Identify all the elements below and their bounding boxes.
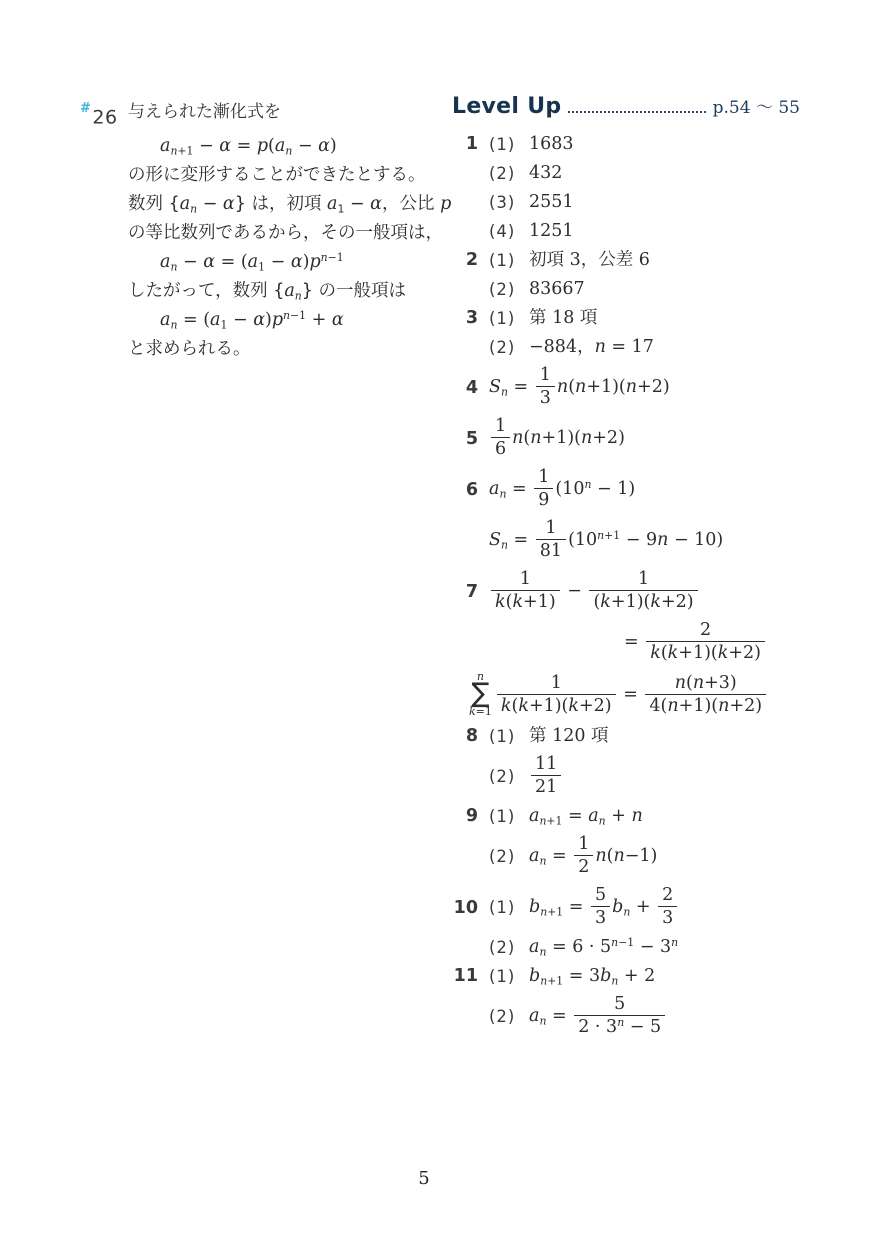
part-label: (1) [489, 893, 529, 922]
equation-line: an+1 − α = p(an − α) [128, 132, 452, 161]
answer-row: (1)第 120 項 [489, 722, 800, 751]
answer-row: (1)初項 3，公差 6 [489, 246, 800, 275]
math-expression: an = 52 · 3n − 5 [529, 995, 667, 1038]
math-expression: 1251 [529, 217, 574, 246]
problem-text-line: の等比数列であるから，その一般項は， [128, 219, 452, 248]
answer-number: 1 [452, 130, 478, 159]
page-number: 5 [0, 1168, 848, 1189]
dotted-leader [568, 111, 705, 113]
answer-number: 11 [452, 962, 478, 991]
part-label: (1) [489, 304, 529, 333]
math-expression: Sn = 181(10n+1 − 9n − 10) [489, 519, 723, 562]
answer-row: (2)83667 [489, 275, 800, 304]
problem-text-line: と求められる。 [128, 335, 452, 364]
part-label: (1) [489, 130, 529, 159]
answer-row: (2)an = 12n(n−1) [489, 831, 800, 882]
answer-item: 8(1)第 120 項(2)1121 [452, 722, 800, 802]
answer-body: (1)bn+1 = 3bn + 2(2)an = 52 · 3n − 5 [489, 962, 800, 1042]
math-expression: 第 120 項 [529, 722, 609, 751]
answer-number: 10 [452, 882, 478, 923]
answer-item: 11(1)bn+1 = 3bn + 2(2)an = 52 · 3n − 5 [452, 962, 800, 1042]
answer-body: (1)an+1 = an + n(2)an = 12n(n−1) [489, 802, 800, 882]
answer-row: 16n(n+1)(n+2) [489, 413, 800, 464]
answer-row: (1)1683 [489, 130, 800, 159]
answer-item: 71k(k+1) − 1(k+1)(k+2)= 2k(k+1)(k+2)n∑k=… [452, 566, 800, 722]
answer-item: 2(1)初項 3，公差 6(2)83667 [452, 246, 800, 304]
textbook-page: #26 与えられた漸化式を an+1 − α = p(an − α)の形に変形す… [0, 0, 874, 1240]
answer-row: (2)an = 6 · 5n−1 − 3n [489, 933, 800, 962]
math-expression: 83667 [529, 275, 585, 304]
answer-number: 9 [452, 802, 478, 831]
answer-number: 7 [452, 566, 478, 607]
math-expression: an+1 = an + n [529, 802, 643, 831]
levelup-section: Level Up p.54 ～ 55 1(1)1683(2)432(3)2551… [452, 94, 800, 1042]
answer-item: 6an = 19(10n − 1)Sn = 181(10n+1 − 9n − 1… [452, 464, 800, 566]
math-expression: = 2k(k+1)(k+2) [624, 621, 767, 664]
page-range: p.54 ～ 55 [713, 96, 800, 120]
answer-body: (1)第 120 項(2)1121 [489, 722, 800, 802]
answer-body: an = 19(10n − 1)Sn = 181(10n+1 − 9n − 10… [489, 464, 800, 566]
part-label: (1) [489, 722, 529, 751]
math-expression: n∑k=11k(k+1)(k+2) = n(n+3)4(n+1)(n+2) [469, 672, 768, 718]
math-expression: −884，n = 17 [529, 333, 654, 362]
problem-number-text: 26 [92, 106, 117, 128]
part-label: (1) [489, 802, 529, 831]
math-expression: 1121 [529, 755, 563, 798]
math-expression: 16n(n+1)(n+2) [489, 417, 625, 460]
math-expression: 第 18 項 [529, 304, 597, 333]
problem-text-line: したがって，数列 {an} の一般項は [128, 277, 452, 306]
answer-row: 1k(k+1) − 1(k+1)(k+2) [489, 566, 800, 617]
answer-row: (1)bn+1 = 53bn + 23 [489, 882, 800, 933]
answer-item: 1(1)1683(2)432(3)2551(4)1251 [452, 130, 800, 246]
math-expression: bn+1 = 3bn + 2 [529, 962, 655, 991]
answer-row: (3)2551 [489, 188, 800, 217]
answer-row: (1)bn+1 = 3bn + 2 [489, 962, 800, 991]
problem-number: #26 [80, 98, 128, 132]
answer-number: 6 [452, 464, 478, 505]
answer-body: 16n(n+1)(n+2) [489, 413, 800, 464]
answer-item: 10(1)bn+1 = 53bn + 23(2)an = 6 · 5n−1 − … [452, 882, 800, 962]
answer-item: 516n(n+1)(n+2) [452, 413, 800, 464]
math-expression: an = 6 · 5n−1 − 3n [529, 933, 678, 962]
answer-row: (1)第 18 項 [489, 304, 800, 333]
math-expression: 2551 [529, 188, 574, 217]
answer-item: 4Sn = 13n(n+1)(n+2) [452, 362, 800, 413]
part-label: (2) [489, 333, 529, 362]
problem-text-line: 与えられた漸化式を [128, 98, 281, 127]
answer-number: 3 [452, 304, 478, 333]
answer-item: 9(1)an+1 = an + n(2)an = 12n(n−1) [452, 802, 800, 882]
answer-item: 3(1)第 18 項(2)−884，n = 17 [452, 304, 800, 362]
answer-row: Sn = 13n(n+1)(n+2) [489, 362, 800, 413]
part-label: (2) [489, 275, 529, 304]
answer-row: (2)−884，n = 17 [489, 333, 800, 362]
levelup-title: Level Up [452, 94, 561, 120]
answer-number: 2 [452, 246, 478, 275]
part-label: (2) [489, 762, 529, 791]
equation-line: an − α = (a1 − α)pn−1 [128, 248, 452, 277]
problem-text-line: 数列 {an − α} は，初項 a1 − α，公比 p [128, 190, 452, 219]
answer-row: (4)1251 [489, 217, 800, 246]
answer-row: (2)1121 [489, 751, 800, 802]
answer-row: n∑k=11k(k+1)(k+2) = n(n+3)4(n+1)(n+2) [469, 668, 800, 722]
part-label: (1) [489, 962, 529, 991]
math-expression: 初項 3，公差 6 [529, 246, 650, 275]
answer-body: (1)1683(2)432(3)2551(4)1251 [489, 130, 800, 246]
answer-row: (2)an = 52 · 3n − 5 [489, 991, 800, 1042]
answer-body: (1)初項 3，公差 6(2)83667 [489, 246, 800, 304]
math-expression: 1k(k+1) − 1(k+1)(k+2) [489, 570, 700, 613]
problem-26-header: #26 与えられた漸化式を [80, 98, 452, 132]
part-label: (2) [489, 933, 529, 962]
problem-26: #26 与えられた漸化式を an+1 − α = p(an − α)の形に変形す… [80, 98, 452, 364]
part-label: (3) [489, 188, 529, 217]
math-expression: Sn = 13n(n+1)(n+2) [489, 366, 670, 409]
answer-number: 5 [452, 413, 478, 454]
answer-body: (1)第 18 項(2)−884，n = 17 [489, 304, 800, 362]
math-expression: an = 19(10n − 1) [489, 468, 635, 511]
problem-text-line: の形に変形することができたとする。 [128, 161, 452, 190]
part-label: (2) [489, 842, 529, 871]
problem-26-lines: an+1 − α = p(an − α)の形に変形することができたとする。数列 … [128, 132, 452, 364]
answer-row: Sn = 181(10n+1 − 9n − 10) [489, 515, 800, 566]
math-expression: an = 12n(n−1) [529, 835, 657, 878]
part-label: (4) [489, 217, 529, 246]
answer-row: (2)432 [489, 159, 800, 188]
answer-number: 8 [452, 722, 478, 751]
part-label: (2) [489, 1002, 529, 1031]
math-expression: bn+1 = 53bn + 23 [529, 886, 679, 929]
answer-row: an = 19(10n − 1) [489, 464, 800, 515]
hash-mark: # [80, 101, 91, 116]
math-expression: 432 [529, 159, 562, 188]
math-expression: 1683 [529, 130, 574, 159]
part-label: (1) [489, 246, 529, 275]
part-label: (2) [489, 159, 529, 188]
answer-row: = 2k(k+1)(k+2) [624, 617, 800, 668]
equation-line: an = (a1 − α)pn−1 + α [128, 306, 452, 335]
answers-list: 1(1)1683(2)432(3)2551(4)12512(1)初項 3，公差 … [452, 130, 800, 1042]
answer-body: 1k(k+1) − 1(k+1)(k+2)= 2k(k+1)(k+2)n∑k=1… [489, 566, 800, 722]
levelup-header: Level Up p.54 ～ 55 [452, 94, 800, 120]
answer-row: (1)an+1 = an + n [489, 802, 800, 831]
answer-number: 4 [452, 362, 478, 403]
answer-body: (1)bn+1 = 53bn + 23(2)an = 6 · 5n−1 − 3n [489, 882, 800, 962]
answer-body: Sn = 13n(n+1)(n+2) [489, 362, 800, 413]
